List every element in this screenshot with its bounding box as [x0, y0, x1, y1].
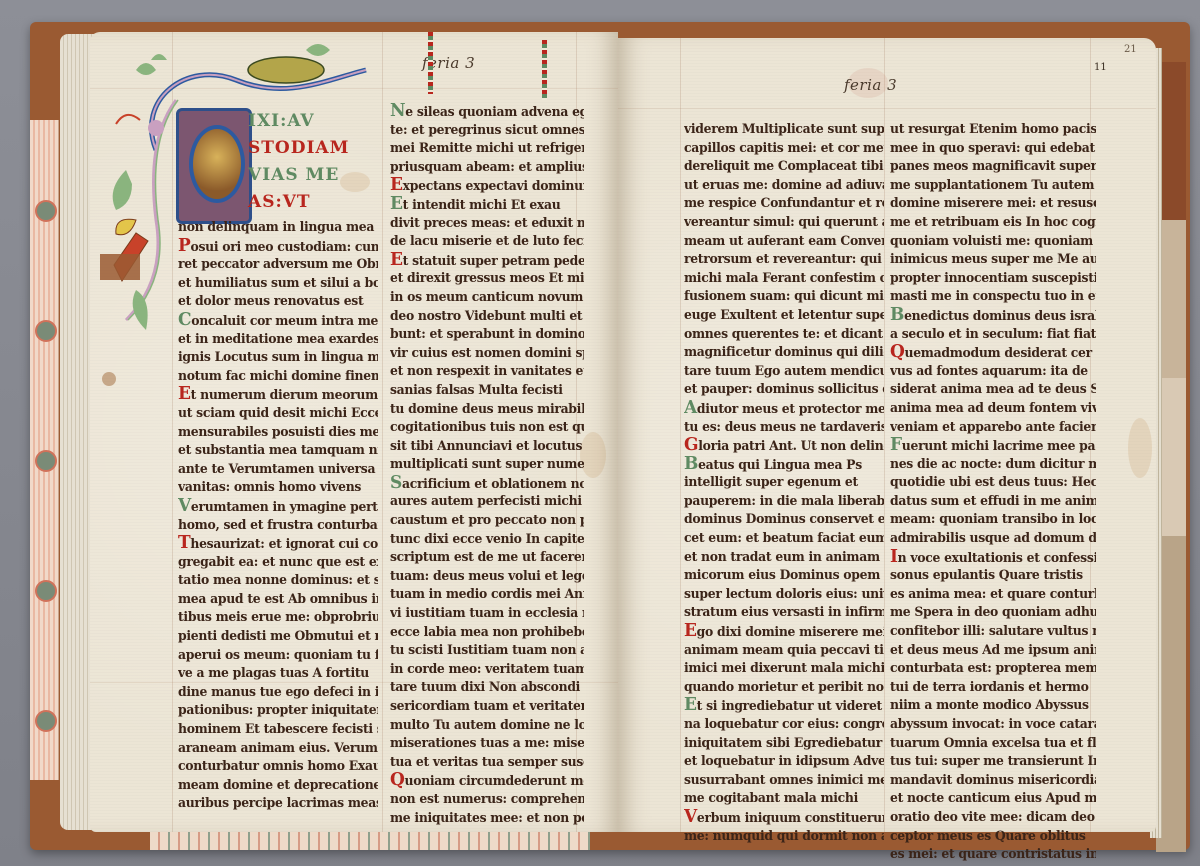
manuscript-line: susurrabant omnes inimici mei: adversum [684, 770, 884, 790]
manuscript-line: tuam in medio cordis mei Annuncia [390, 585, 584, 605]
manuscript-line: tibus meis erue me: obprobrium insi [178, 608, 378, 628]
manuscript-line: deo nostro Videbunt multi et time [390, 306, 584, 326]
manuscript-line: quando morietur et peribit nomen eius [684, 677, 884, 697]
manuscript-line: hominem Et tabescere fecisti sicut [178, 720, 378, 740]
manuscript-line: mee in quo speravi: qui edebat [890, 138, 1096, 158]
manuscript-line: tunc dixi ecce venio In capite libri [390, 529, 584, 549]
manuscript-line: tus tui: super me transierunt In die [890, 752, 1096, 772]
manuscript-line: anima mea ad deum fontem vivum: quando [890, 398, 1096, 418]
manuscript-line: Ego dixi domine miserere mei: sana [684, 622, 884, 642]
manuscript-line: aures autem perfecisti michi Holo [390, 492, 584, 512]
manuscript-line: et pauper: dominus sollicitus est mei [684, 380, 884, 400]
manuscript-line: conturbata est: propterea memor ero [890, 659, 1096, 679]
manuscript-line: tu domine deus meus mirabilia tua: et [390, 399, 584, 419]
manuscript-line: me supplantationem Tu autem [890, 175, 1096, 195]
manuscript-line: vanitas: omnis homo vivens [178, 478, 378, 498]
manuscript-line: ecce labia mea non prohibebo domine [390, 622, 584, 642]
manuscript-line: me iniquitates mee: et non potui ut [390, 808, 584, 828]
manuscript-line: nes die ac nocte: dum dicitur michi [890, 454, 1096, 474]
rubricated-initial: T [178, 534, 190, 554]
manuscript-line: euge Exultent et letentur super te [684, 305, 884, 325]
manuscript-line: caustum et pro peccato non postulasti: [390, 511, 584, 531]
manuscript-line: niim a monte modico Abyssus [890, 696, 1096, 716]
manuscript-line: araneam animam eius. Verumtamen vane [178, 738, 378, 758]
rubricated-initial: G [684, 436, 698, 456]
manuscript-line: fusionem suam: qui dicunt michi euge [684, 287, 884, 307]
manuscript-line: cogitationibus tuis non est qui similis [390, 418, 584, 438]
manuscript-line: vereantur simul: qui querunt animam [684, 213, 884, 233]
rosette-ornament [35, 580, 57, 602]
manuscript-line: vi iustitiam tuam in ecclesia magna: [390, 604, 584, 624]
manuscript-line: meam domine et deprecationem meam: [178, 775, 378, 795]
manuscript-line: tua et veritas tua semper susceperunt me [390, 752, 584, 772]
manuscript-line: Et intendit michi Et exau [390, 195, 584, 215]
display-capital-line: AS:VT [248, 189, 380, 216]
rubricated-initial: N [390, 102, 405, 122]
rubricated-initial: E [684, 622, 697, 642]
manuscript-line: et non tradat eum in animam ini [684, 547, 884, 567]
right-page-column-b: ut resurgat Etenim homo pacismee in quo … [890, 120, 1096, 864]
manuscript-line: notum fac michi domine finem meum [178, 366, 378, 386]
manuscript-line: aperui os meum: quoniam tu fecisti amo [178, 645, 378, 665]
manuscript-line: tare tuum dixi Non abscondi mi [390, 678, 584, 698]
manuscript-line: et in meditatione mea exardescet [178, 329, 378, 349]
rubricated-initial: B [684, 454, 698, 474]
manuscript-line: ignis Locutus sum in lingua mea: [178, 348, 378, 368]
manuscript-line: quoniam voluisti me: quoniam non gaudebi… [890, 231, 1096, 251]
manuscript-line: me: numquid qui dormit non adiciet ut [684, 826, 884, 846]
display-capitals: IXI:AV STODIAM VIAS ME AS:VT [248, 108, 380, 216]
manuscript-line: et loquebatur in idipsum Adversum me [684, 752, 884, 772]
manuscript-line: meam ut auferant eam Convertantur [684, 231, 884, 251]
pastedown-paper-left [30, 120, 59, 780]
manuscript-line: In voce exultationis et confessionis: [890, 547, 1096, 567]
manuscript-line: tuam: deus meus volui et legem [390, 566, 584, 586]
manuscript-line: masti me in conspectu tuo in eternum [890, 287, 1096, 307]
manuscript-line: ret peccator adversum me Obmutui [178, 255, 378, 275]
manuscript-line: me Spera in deo quoniam adhuc [890, 603, 1096, 623]
manuscript-line: et deus meus Ad me ipsum anima mea [890, 640, 1096, 660]
manuscript-line: tu scisti Iustitiam tuam non abscondi [390, 641, 584, 661]
manuscript-line: viderem Multiplicate sunt super [684, 120, 884, 140]
rubricated-initial: V [178, 496, 191, 516]
rubricated-initial: Q [390, 771, 405, 791]
manuscript-line: stratum eius versasti in infirmitate eiu… [684, 603, 884, 623]
manuscript-line: bunt: et sperabunt in domino Beatus [390, 325, 584, 345]
manuscript-line: gregabit ea: et nunc que est expec [178, 552, 378, 572]
rosette-ornament [35, 200, 57, 222]
manuscript-line: Beatus qui Lingua mea Ps [684, 454, 884, 474]
manuscript-line: oratio deo vite mee: dicam deo sus [890, 808, 1096, 828]
running-head: feria 3 [844, 76, 897, 94]
manuscript-line: inimicus meus super me Me autem [890, 250, 1096, 270]
manuscript-line: mei Remitte michi ut refrigerer [390, 139, 584, 159]
manuscript-line: Verbum iniquum constituerunt adversum [684, 808, 884, 828]
manuscript-line: sit tibi Annunciavi et locutus sum: [390, 436, 584, 456]
manuscript-line: de lacu miserie et de luto fecis [390, 232, 584, 252]
manuscript-line: panes meos magnificavit super [890, 157, 1096, 177]
display-capital-line: VIAS ME [248, 162, 380, 189]
manuscript-line: tatio mea nonne dominus: et substantia [178, 571, 378, 591]
manuscript-line: mensurabiles posuisti dies meos: [178, 422, 378, 442]
rubricated-initial: F [890, 436, 902, 456]
manuscript-line: quotidie ubi est deus tuus: Hec recor [890, 473, 1096, 493]
manuscript-line: mandavit dominus misericordiam suam: [890, 770, 1096, 790]
left-page-column-a: non delinquam in lingua meaPosui ori meo… [178, 218, 378, 813]
manuscript-line: tare tuum Ego autem mendicus sum [684, 361, 884, 381]
manuscript-line: capillos capitis mei: et cor meum [684, 138, 884, 158]
manuscript-line: Et si ingrediebatur ut videret va [684, 696, 884, 716]
manuscript-line: scriptum est de me ut facerem voluntatem [390, 548, 584, 568]
rubricated-initial: E [390, 250, 403, 270]
manuscript-line: in os meum canticum novum: carmen [390, 287, 584, 307]
manuscript-line: meam: quoniam transibo in locum tabernac… [890, 510, 1096, 530]
manuscript-line: divit preces meas: et eduxit me [390, 213, 584, 233]
manuscript-line: animam meam quia peccavi tibi In [684, 640, 884, 660]
manuscript-line: es mei: et quare contristatus incedo dum [890, 845, 1096, 865]
rubricated-initial: P [178, 236, 190, 256]
manuscript-line: dine manus tue ego defeci in incre [178, 682, 378, 702]
rubricated-initial: C [178, 311, 191, 331]
manuscript-line: Expectans expectavi dominum: [390, 176, 584, 196]
manuscript-line: et nocte canticum eius Apud me [890, 789, 1096, 809]
display-capital-line: IXI:AV [248, 108, 380, 135]
manuscript-line: imici mei dixerunt mala michi: [684, 659, 884, 679]
manuscript-line: Gloria patri Ant. Ut non delinquam in [684, 436, 884, 456]
manuscript-line: veniam et apparebo ante faciem dei [890, 417, 1096, 437]
manuscript-line: super lectum doloris eius: universum [684, 584, 884, 604]
rosette-ornament [35, 710, 57, 732]
manuscript-line: intelligit super egenum et [684, 473, 884, 493]
manuscript-line: vir cuius est nomen domini spes eius: [390, 343, 584, 363]
manuscript-line: cet eum: et beatum faciat eum in terra: [684, 529, 884, 549]
manuscript-line: na loquebatur cor eius: congregavit [684, 715, 884, 735]
manuscript-line: me et retribuam eis In hoc cognovi [890, 213, 1096, 233]
manuscript-line: Adiutor meus et protector meus [684, 398, 884, 418]
manuscript-line: tui de terra iordanis et hermo [890, 677, 1096, 697]
manuscript-line: Ne sileas quoniam advena ego sum apud [390, 102, 584, 122]
manuscript-line: ut sciam quid desit michi Ecce [178, 403, 378, 423]
manuscript-line: ante te Verumtamen universa [178, 459, 378, 479]
manuscript-line: me cogitabant mala michi [684, 789, 884, 809]
rubricated-initial: I [890, 547, 898, 567]
manuscript-line: Fuerunt michi lacrime mee pa [890, 436, 1096, 456]
manuscript-line: ut resurgat Etenim homo pacis [890, 120, 1096, 140]
manuscript-line: micorum eius Dominus opem ferat illi [684, 566, 884, 586]
manuscript-line: sonus epulantis Quare tristis [890, 566, 1096, 586]
manuscript-line: michi mala Ferant confestim con [684, 268, 884, 288]
manuscript-line: miserationes tuas a me: misericordia [390, 734, 584, 754]
manuscript-line: Verumtamen in ymagine pertransit [178, 496, 378, 516]
manuscript-line: et substantia mea tamquam nichilum [178, 441, 378, 461]
manuscript-line: priusquam abeam: et amplius non ero [390, 157, 584, 177]
rubricated-initial: Q [890, 343, 905, 363]
manuscript-line: non delinquam in lingua mea [178, 218, 378, 238]
manuscript-line: multo Tu autem domine ne longe facias [390, 715, 584, 735]
manuscript-line: Posui ori meo custodiam: cum consiste [178, 236, 378, 256]
manuscript-line: Thesaurizat: et ignorat cui con [178, 534, 378, 554]
line-filler-ornament [542, 40, 547, 100]
manuscript-line: Et statuit super petram pedes meos: [390, 250, 584, 270]
manuscript-line: pienti dedisti me Obmutui et non [178, 627, 378, 647]
manuscript-line: Quemadmodum desiderat cer [890, 343, 1096, 363]
manuscript-line: conturbatur omnis homo Exaudi orationem [178, 757, 378, 777]
manuscript-line: ceptor meus es Quare oblitus [890, 826, 1096, 846]
rubricated-initial: A [684, 398, 697, 418]
rosette-ornament [35, 320, 57, 342]
manuscript-line: es anima mea: et quare conturbas [890, 584, 1096, 604]
manuscript-line: dereliquit me Complaceat tibi domine [684, 157, 884, 177]
manuscript-line: iniquitatem sibi Egrediebatur foras: [684, 733, 884, 753]
manuscript-line: et direxit gressus meos Et misit [390, 269, 584, 289]
right-page-column-a: viderem Multiplicate sunt supercapillos … [684, 120, 884, 845]
manuscript-line: pationibus: propter iniquitatem corripui… [178, 701, 378, 721]
manuscript-line: auribus percipe lacrimas meas [178, 794, 378, 814]
manuscript-line: confitebor illi: salutare vultus mei [890, 622, 1096, 642]
manuscript-line: Et numerum dierum meorum quis est: [178, 385, 378, 405]
manuscript-line: sericordiam tuam et veritatem tuam: a co… [390, 697, 584, 717]
manuscript-line: pauperem: in die mala liberabit eum [684, 491, 884, 511]
manuscript-line: domine miserere mei: et resuscita [890, 194, 1096, 214]
display-capital-line: STODIAM [248, 135, 380, 162]
rubricated-initial: E [390, 195, 403, 215]
rubricated-initial: S [390, 473, 402, 493]
manuscript-line: datus sum et effudi in me animam [890, 491, 1096, 511]
manuscript-line: siderat anima mea ad te deus Sitivit [890, 380, 1096, 400]
manuscript-line: ut eruas me: domine ad adiuvandum [684, 175, 884, 195]
manuscript-line: Benedictus dominus deus israhel [890, 305, 1096, 325]
manuscript-line: dominus Dominus conservet eum et vivifi [684, 510, 884, 530]
manuscript-line: magnificetur dominus qui diligunt salu [684, 343, 884, 363]
manuscript-line: ve a me plagas tuas A fortitu [178, 664, 378, 684]
manuscript-line: omnes querentes te: et dicant semper [684, 324, 884, 344]
manuscript-line: abyssum invocat: in voce cataractarum [890, 715, 1096, 735]
rubricated-initial: B [890, 305, 904, 325]
manuscript-line: in corde meo: veritatem tuam et salu [390, 659, 584, 679]
manuscript-line: mea apud te est Ab omnibus iniquita [178, 589, 378, 609]
manuscript-line: me respice Confundantur et re [684, 194, 884, 214]
manuscript-line: propter innocentiam suscepisti: et confi… [890, 268, 1096, 288]
manuscript-line: Sacrificium et oblationem noluisti: [390, 473, 584, 493]
rubricated-initial: V [684, 808, 697, 828]
line-filler-ornament [428, 32, 433, 94]
folio-number: 11 [1094, 62, 1107, 73]
left-page-column-b: Ne sileas quoniam advena ego sum apudte:… [390, 102, 584, 827]
manuscript-line: tuarum Omnia excelsa tua et fluc [890, 733, 1096, 753]
manuscript-line: vus ad fontes aquarum: ita de [890, 361, 1096, 381]
manuscript-line: et humiliatus sum et silui a bonis: [178, 273, 378, 293]
rubricated-initial: E [390, 176, 403, 196]
historiated-initial [176, 108, 252, 224]
manuscript-line: a seculo et in seculum: fiat fiat Ps [890, 324, 1096, 344]
manuscript-line: sanias falsas Multa fecisti [390, 380, 584, 400]
manuscript-line: retrorsum et revereantur: qui volunt [684, 250, 884, 270]
rubricated-initial: E [178, 385, 191, 405]
folio-number-corner: 21 [1124, 44, 1137, 55]
manuscript-line: tu es: deus meus ne tardaveris [684, 417, 884, 437]
manuscript-line: admirabilis usque ad domum dei [890, 529, 1096, 549]
manuscript-line: homo, sed et frustra conturbatur [178, 515, 378, 535]
manuscript-line: te: et peregrinus sicut omnes patres [390, 120, 584, 140]
manuscript-line: et dolor meus renovatus est [178, 292, 378, 312]
manuscript-line: Concaluit cor meum intra me: [178, 311, 378, 331]
manuscript-line: non est numerus: comprehenderunt [390, 790, 584, 810]
rubricated-initial: E [684, 696, 697, 716]
manuscript-line: Quoniam circumdederunt me mala quorum [390, 771, 584, 791]
manuscript-line: multiplicati sunt super numerum [390, 455, 584, 475]
rosette-ornament [35, 450, 57, 472]
manuscript-line: et non respexit in vanitates et in [390, 362, 584, 382]
saint-on-horseback-icon [189, 125, 245, 203]
